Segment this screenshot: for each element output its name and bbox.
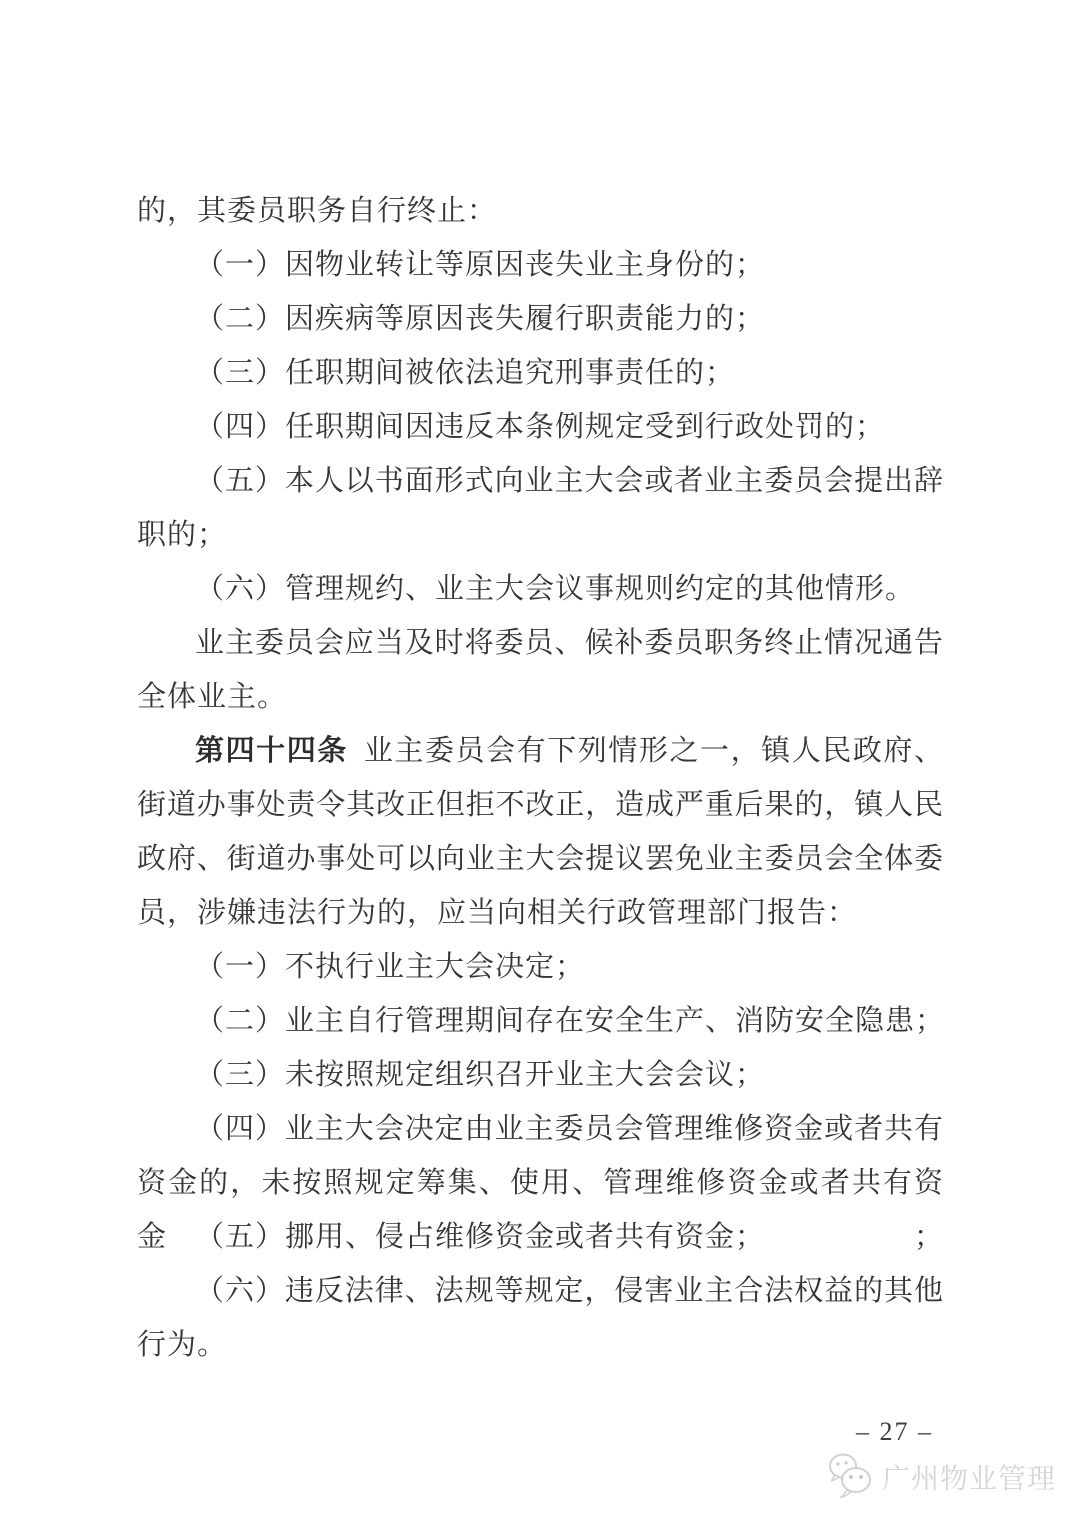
text-line: 员，涉嫌违法行为的，应当向相关行政管理部门报告： [137, 886, 943, 940]
text-line: 的，其委员职务自行终止： [137, 184, 943, 238]
text-line: （一）不执行业主大会决定； [137, 940, 943, 994]
text-line: （二）业主自行管理期间存在安全生产、消防安全隐患； [137, 994, 943, 1048]
text-line: （一）因物业转让等原因丧失业主身份的； [137, 238, 943, 292]
text-line: 全体业主。 [137, 670, 943, 724]
text-line: 资金的，未按照规定筹集、使用、管理维修资金或者共有资金； [137, 1156, 943, 1210]
text-line: 街道办事处责令其改正但拒不改正，造成严重后果的，镇人民 [137, 778, 943, 832]
page-content: 的，其委员职务自行终止： （一）因物业转让等原因丧失业主身份的； （二）因疾病等… [137, 184, 943, 1372]
text-line: 行为。 [137, 1318, 943, 1372]
text-line: （三）任职期间被依法追究刑事责任的； [137, 346, 943, 400]
text-line: （二）因疾病等原因丧失履行职责能力的； [137, 292, 943, 346]
watermark: 广州物业管理 [828, 1452, 1056, 1502]
page-number: – 27 – [856, 1417, 933, 1447]
text-line: （四）任职期间因违反本条例规定受到行政处罚的； [137, 400, 943, 454]
text-line: （四）业主大会决定由业主委员会管理维修资金或者共有 [137, 1102, 943, 1156]
text-line: 业主委员会应当及时将委员、候补委员职务终止情况通告 [137, 616, 943, 670]
text-line: （五）本人以书面形式向业主大会或者业主委员会提出辞 [137, 454, 943, 508]
text-line: 政府、街道办事处可以向业主大会提议罢免业主委员会全体委 [137, 832, 943, 886]
text-line: （三）未按照规定组织召开业主大会会议； [137, 1048, 943, 1102]
article-number: 第四十四条 [195, 735, 348, 767]
document-page: 的，其委员职务自行终止： （一）因物业转让等原因丧失业主身份的； （二）因疾病等… [0, 0, 1080, 1527]
watermark-brand: 广州物业管理 [882, 1457, 1056, 1497]
text-line: 职的； [137, 508, 943, 562]
wechat-icon [828, 1452, 874, 1502]
text-line: 第四十四条业主委员会有下列情形之一，镇人民政府、 [137, 724, 943, 778]
text-line: （六）违反法律、法规等规定，侵害业主合法权益的其他 [137, 1264, 943, 1318]
text-line: （六）管理规约、业主大会议事规则约定的其他情形。 [137, 562, 943, 616]
